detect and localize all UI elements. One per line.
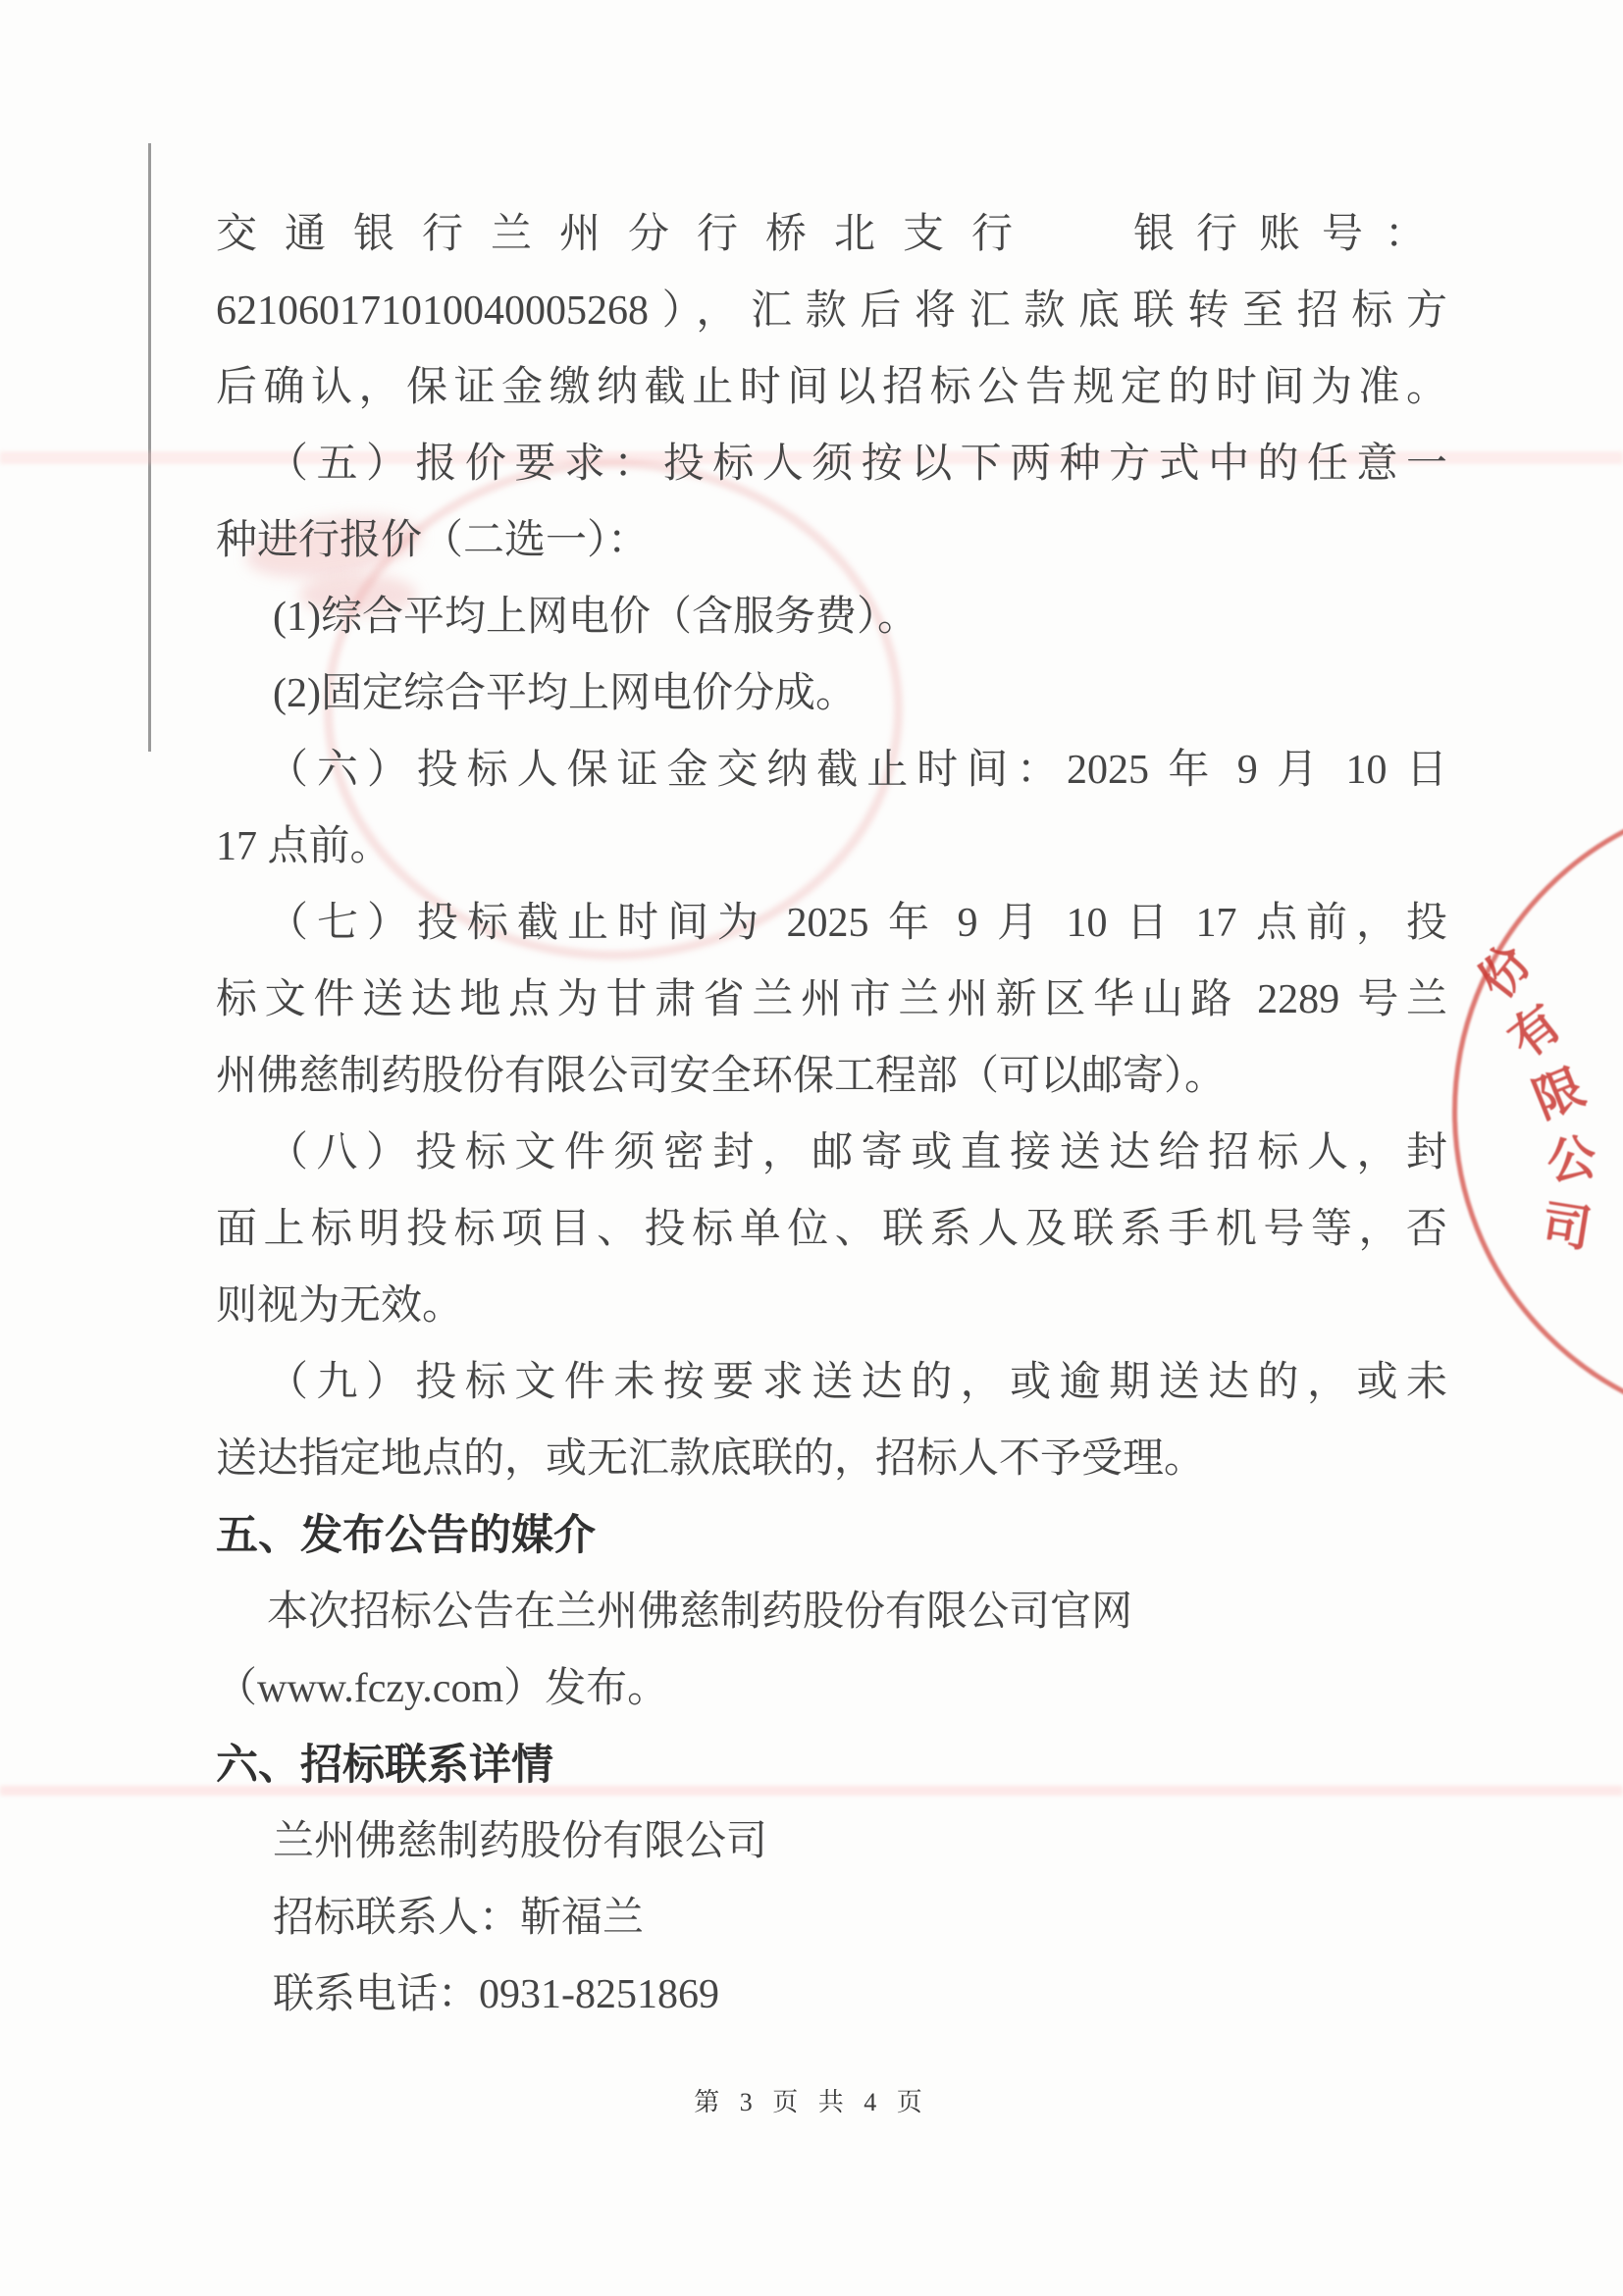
section-heading-six: 六、招标联系详情 xyxy=(216,1727,1447,1803)
doc-line-bank: 交通银行兰州分行桥北支行 银行账号： xyxy=(216,196,1447,273)
doc-line-contact-phone: 联系电话：0931-8251869 xyxy=(216,1957,1447,2033)
doc-line: 17 点前。 xyxy=(216,809,1447,885)
doc-line-clause-7: （七）投标截止时间为 2025 年 9 月 10 日 17 点前，投 xyxy=(216,885,1447,962)
company-seal-char: 份 xyxy=(1458,928,1544,1011)
scan-artifact-line xyxy=(148,143,151,752)
company-seal-char: 公 xyxy=(1542,1118,1600,1194)
company-seal-char: 限 xyxy=(1521,1048,1593,1131)
doc-line: 标文件送达地点为甘肃省兰州市兰州新区华山路 2289 号兰 xyxy=(216,962,1447,1038)
doc-line: 则视为无效。 xyxy=(216,1268,1447,1344)
company-seal-char: 司 xyxy=(1538,1184,1597,1262)
company-seal-arc xyxy=(1452,793,1623,1431)
page-number: 第 3 页 共 4 页 xyxy=(0,2082,1623,2118)
document-body: 交通银行兰州分行桥北支行 银行账号： 621060171010040005268… xyxy=(216,196,1447,2033)
doc-line-company-name: 兰州佛慈制药股份有限公司 xyxy=(216,1803,1447,1880)
doc-line-clause-8: （八）投标文件须密封，邮寄或直接送达给招标人，封 xyxy=(216,1115,1447,1191)
bank-branch-text: 交通银行兰州分行桥北支行 xyxy=(216,196,1040,273)
doc-line: 州佛慈制药股份有限公司安全环保工程部（可以邮寄）。 xyxy=(216,1038,1447,1115)
doc-line: 后确认，保证金缴纳截止时间以招标公告规定的时间为准。 xyxy=(216,349,1447,426)
doc-line: 送达指定地点的，或无汇款底联的，招标人不予受理。 xyxy=(216,1421,1447,1497)
section-heading-five: 五、发布公告的媒介 xyxy=(216,1497,1447,1574)
doc-line-account-number: 621060171010040005268），汇款后将汇款底联转至招标方 xyxy=(216,273,1447,349)
doc-line-clause-6: （六）投标人保证金交纳截止时间：2025 年 9 月 10 日 xyxy=(216,732,1447,809)
doc-line-option-1: (1)综合平均上网电价（含服务费）。 xyxy=(216,579,1447,655)
doc-line: 种进行报价（二选一）： xyxy=(216,502,1447,579)
doc-line-option-2: (2)固定综合平均上网电价分成。 xyxy=(216,655,1447,732)
doc-line-clause-9: （九）投标文件未按要求送达的，或逾期送达的，或未 xyxy=(216,1344,1447,1421)
doc-line: 面上标明投标项目、投标单位、联系人及联系手机号等，否 xyxy=(216,1191,1447,1268)
doc-line-website: （www.fczy.com）发布。 xyxy=(216,1650,1447,1727)
company-seal-char: 有 xyxy=(1492,985,1574,1071)
scanned-document-page: 交通银行兰州分行桥北支行 银行账号： 621060171010040005268… xyxy=(0,0,1623,2296)
doc-line-clause-5: （五）报价要求：投标人须按以下两种方式中的任意一 xyxy=(216,426,1447,502)
doc-line: 本次招标公告在兰州佛慈制药股份有限公司官网 xyxy=(216,1574,1447,1650)
bank-account-label: 银行账号： xyxy=(1133,196,1447,273)
doc-line-contact-person: 招标联系人：靳福兰 xyxy=(216,1880,1447,1957)
